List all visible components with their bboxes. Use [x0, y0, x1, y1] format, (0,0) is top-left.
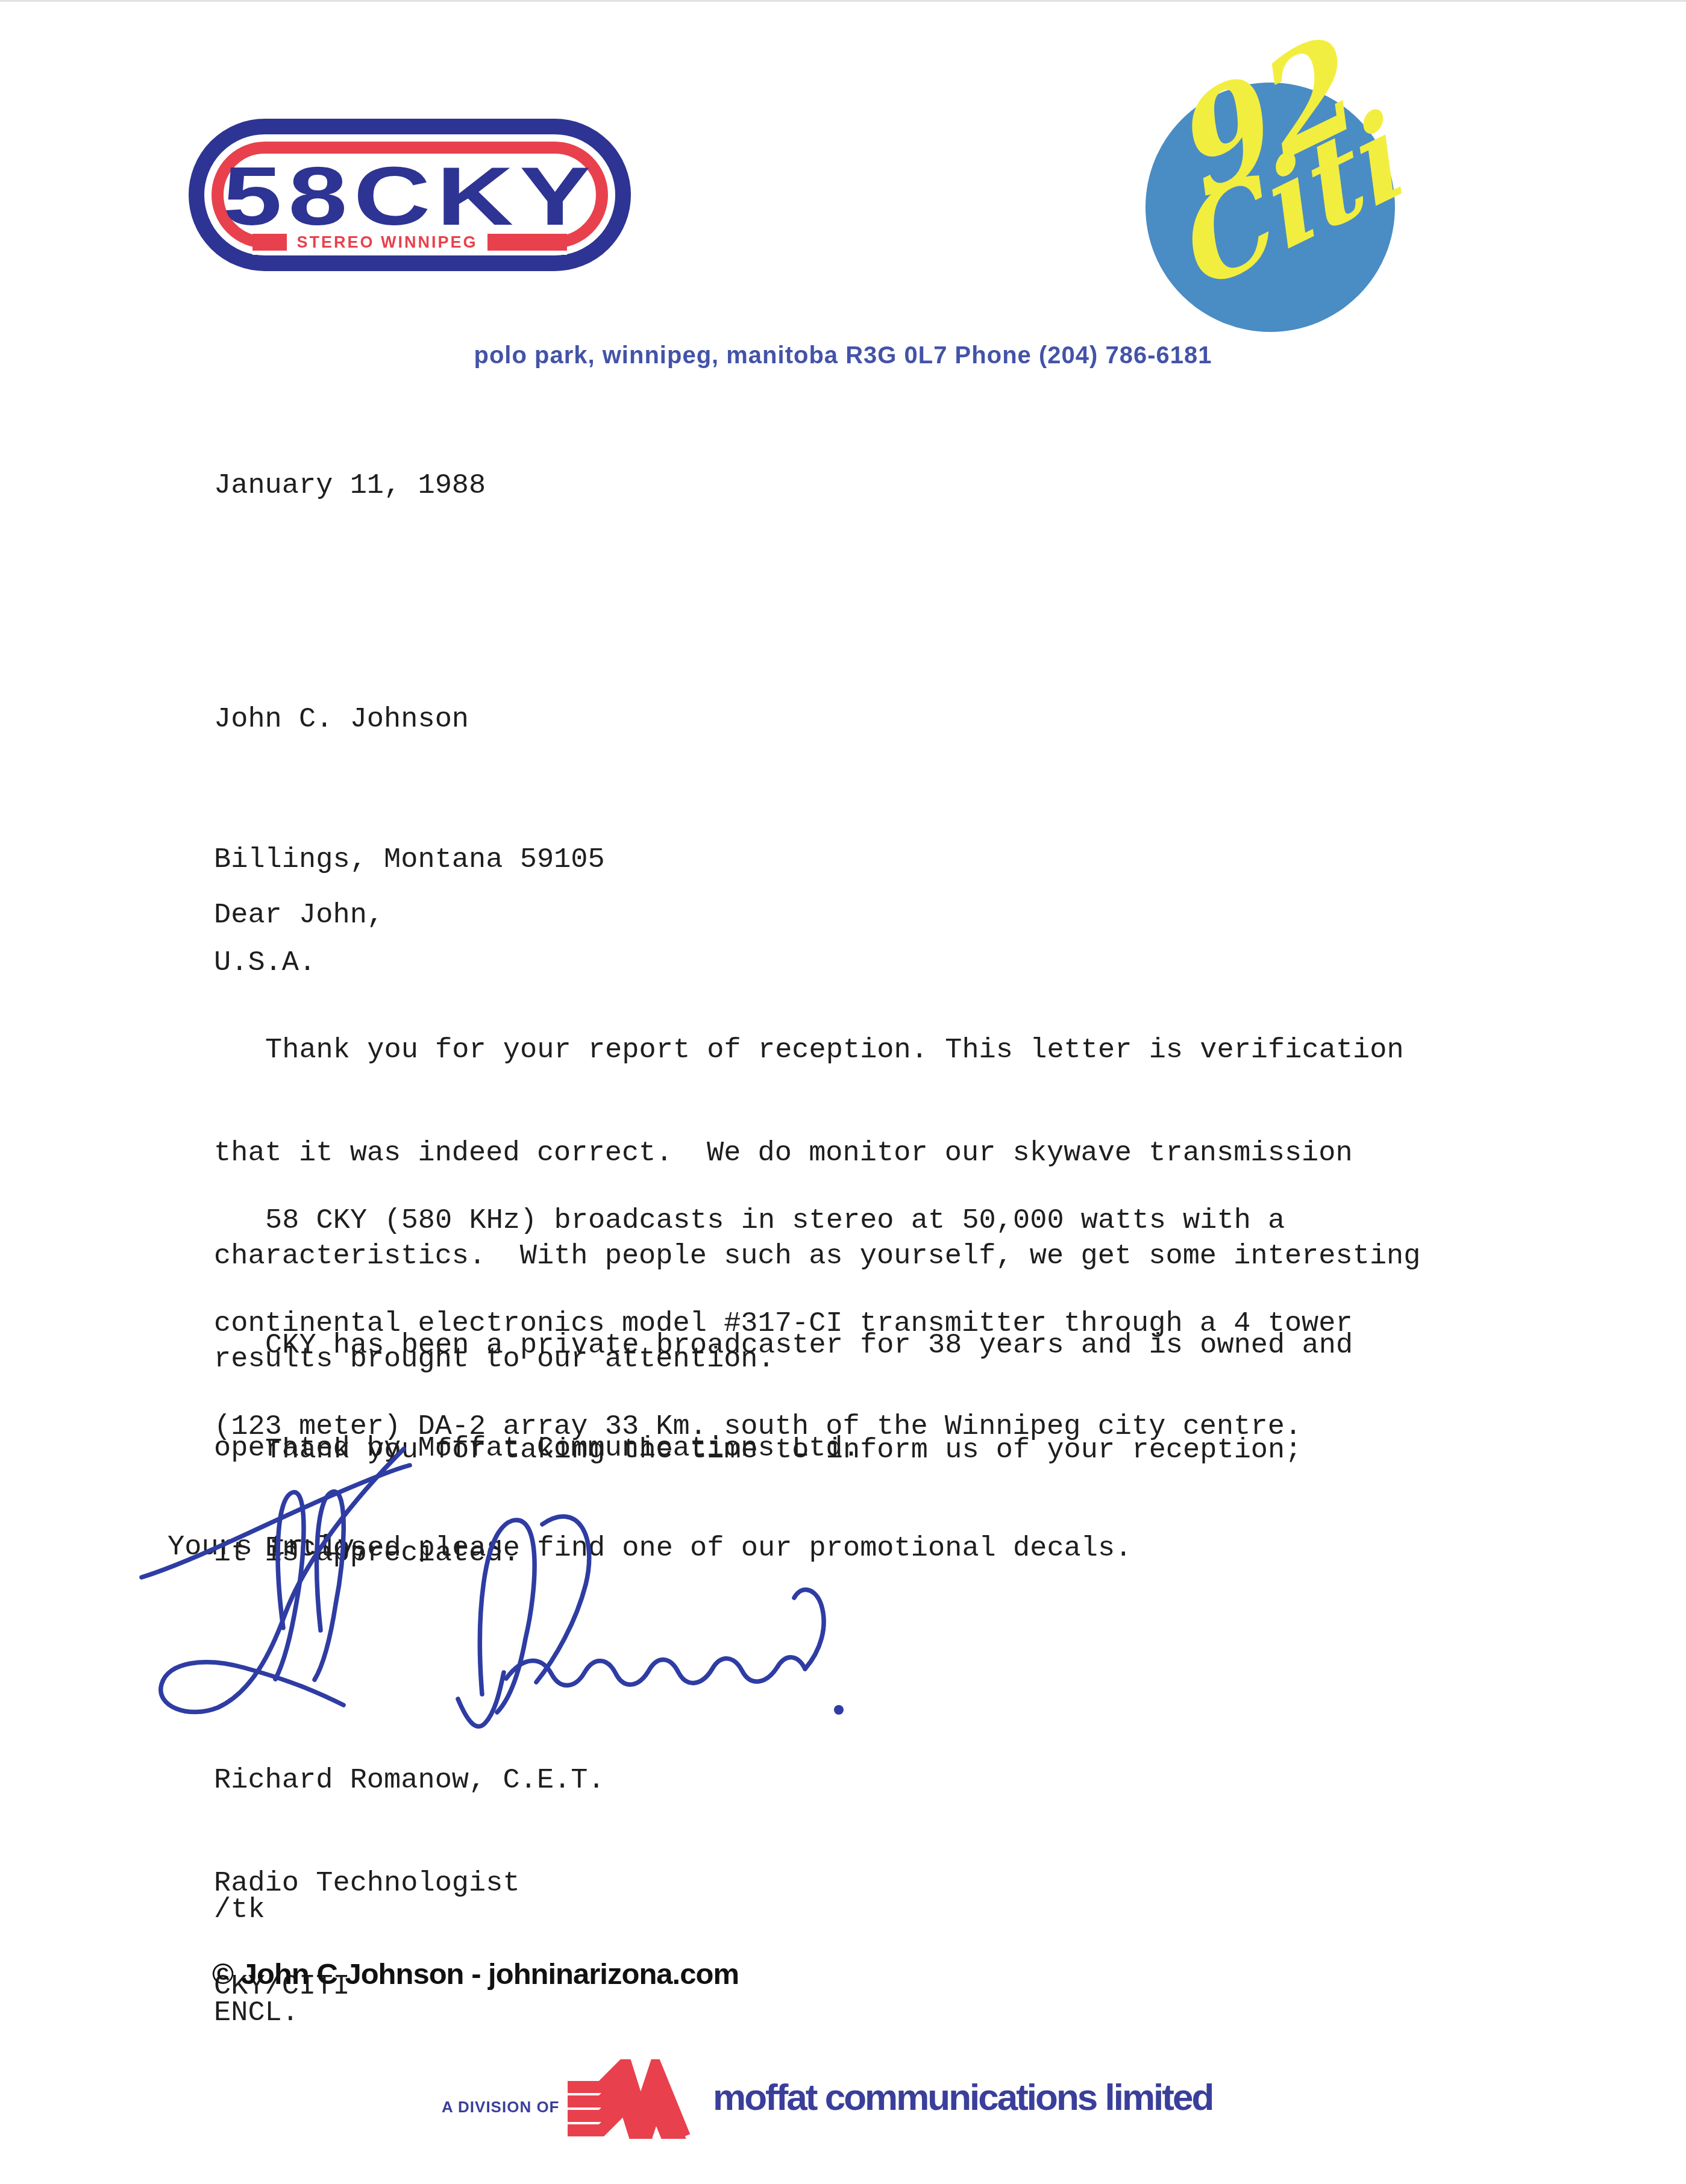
tagline-left-bar [252, 234, 287, 251]
recipient-name: John C. Johnson [214, 702, 605, 737]
tagline-right-bar [487, 234, 567, 251]
station-address-line: polo park, winnipeg, manitoba R3G 0L7 Ph… [0, 342, 1686, 369]
signature-stroke [161, 1449, 404, 1712]
signature-stroke [480, 1520, 535, 1712]
moffat-company-name: moffat communications limited [713, 2076, 1212, 2119]
copyright-line: © John C Johnson - johninarizona.com [212, 1957, 739, 1991]
letter-page: 58CKY STEREO WINNIPEG 92 Citi polo park,… [0, 0, 1686, 2184]
signer-name: Richard Romanow, C.E.T. [214, 1763, 605, 1798]
body-line: CKY has been a private broadcaster for 3… [214, 1328, 1353, 1363]
scan-edge-artifact [0, 0, 1686, 2]
cky-tagline-band: STEREO WINNIPEG [252, 230, 567, 255]
division-label: A DIVISION OF [442, 2098, 560, 2117]
signature-stroke [536, 1516, 589, 1682]
salutation: Dear John, [214, 898, 384, 933]
enclosure-note: ENCL. [214, 1996, 299, 2030]
signature-stroke [275, 1492, 304, 1679]
cky-station-text: 58CKY [127, 155, 693, 238]
cky-logo: 58CKY STEREO WINNIPEG [189, 119, 631, 271]
body-line: 58 CKY (580 KHz) broadcasts in stereo at… [214, 1204, 1353, 1238]
signature-stroke [794, 1590, 824, 1669]
signature-period [834, 1705, 844, 1715]
letter-date: January 11, 1988 [214, 469, 486, 503]
cky-tagline-text: STEREO WINNIPEG [296, 233, 477, 252]
recipient-city: Billings, Montana 59105 [214, 843, 605, 877]
citi-logo: 92 Citi [1103, 36, 1440, 361]
body-line: Thank you for your report of reception. … [214, 1033, 1421, 1068]
moffat-m-logo [566, 2059, 693, 2139]
citi-logo-script: 92 Citi [1128, 0, 1464, 387]
typist-initials: /tk [214, 1893, 299, 1927]
